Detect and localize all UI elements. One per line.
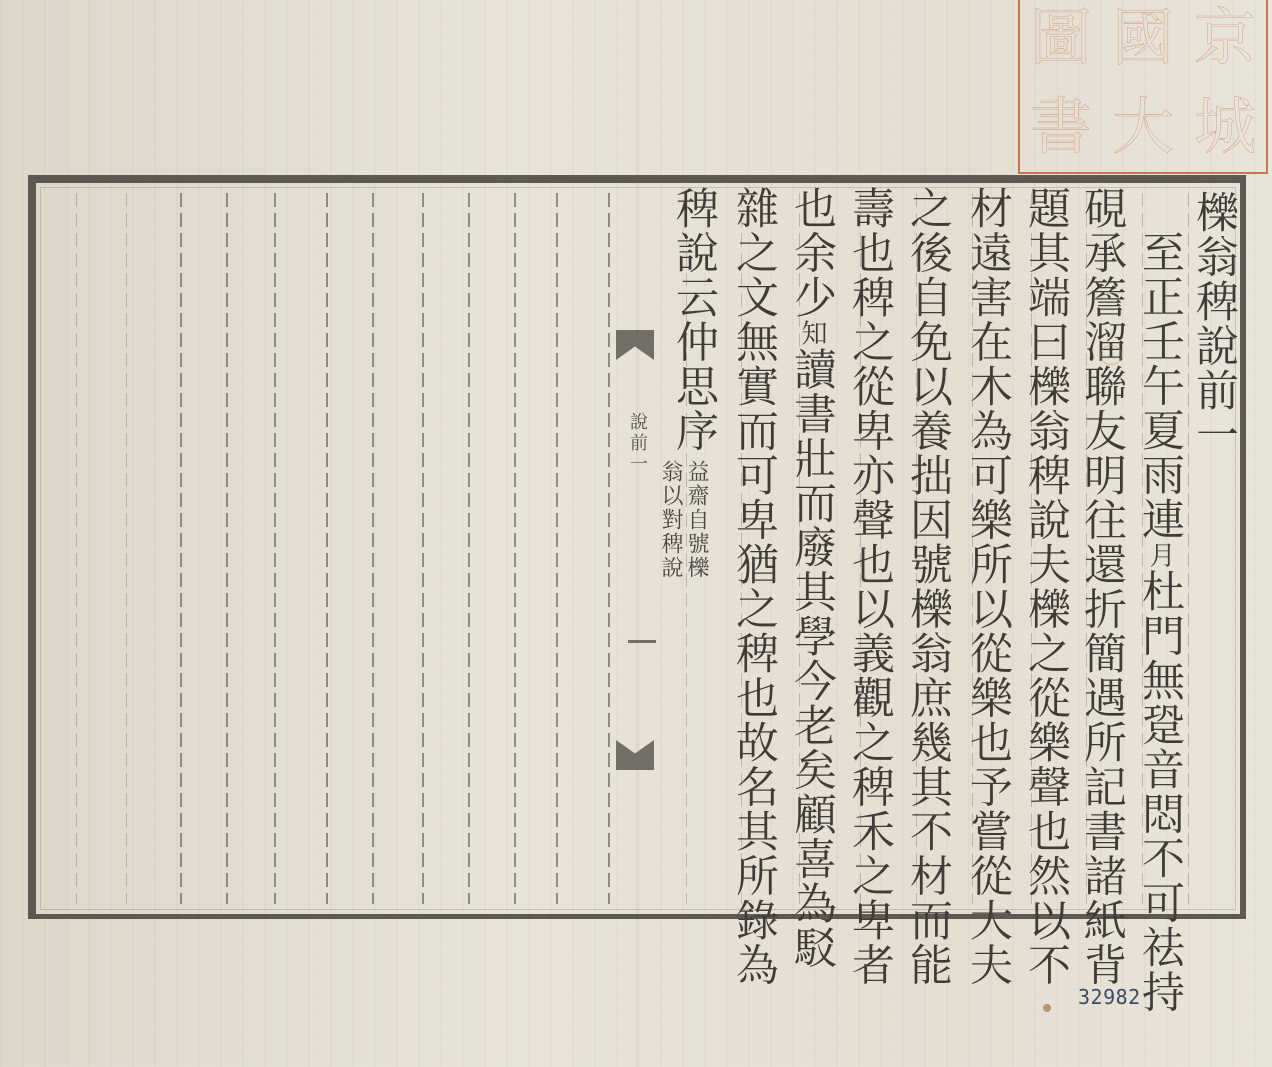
column-rule bbox=[326, 193, 328, 904]
seal-char: 京 bbox=[1184, 0, 1266, 83]
seal-char: 城 bbox=[1184, 83, 1266, 172]
catalog-number: 32982 bbox=[1078, 985, 1141, 1009]
center-fold-label: 說前一 bbox=[624, 412, 650, 475]
column-rule bbox=[226, 193, 228, 904]
text-column-4: 材遠害在木為可樂所以從樂也予嘗從大夫 bbox=[966, 186, 1009, 987]
column-text: 至正壬午夏雨連 bbox=[1135, 230, 1185, 542]
column-text: 讀書壯而廢其學今老矣顧喜為駁 bbox=[787, 347, 837, 970]
column-rule bbox=[76, 193, 77, 904]
text-column-5: 之後自免以養拙因號櫟翁庶幾其不材而能 bbox=[906, 186, 949, 987]
column-rule bbox=[126, 193, 127, 904]
text-column-8: 雜之文無實而可卑猶之稗也故名其所錄為 bbox=[732, 186, 775, 987]
title-column: 櫟翁稗說前一 bbox=[1192, 190, 1235, 457]
paper-stain bbox=[1100, 345, 1122, 365]
seal-char: 書 bbox=[1020, 83, 1102, 172]
column-rule bbox=[422, 193, 424, 904]
column-rule bbox=[372, 193, 374, 904]
text-column-3: 題其端曰櫟翁稗說夫櫟之從樂聲也然以不 bbox=[1024, 186, 1067, 987]
text-column-7: 也余少知讀書壯而廢其學今老矣顧喜為駁 bbox=[790, 186, 833, 970]
column-rule bbox=[180, 193, 182, 904]
page-number-mark bbox=[628, 640, 656, 643]
small-char: 知 bbox=[797, 320, 827, 348]
annotation-left: 翁以對稗說 bbox=[658, 460, 682, 580]
text-column-1: 至正壬午夏雨連月杜門無跫音悶不可祛持 bbox=[1138, 230, 1181, 1014]
text-column-2: 硯承簷溜聯友明往還折簡遇所記書諸紙背 bbox=[1080, 186, 1123, 987]
seal-char: 國 bbox=[1102, 0, 1184, 83]
paper-stain bbox=[1043, 1004, 1051, 1012]
column-text: 杜門無跫音悶不可祛持 bbox=[1135, 569, 1185, 1014]
text-column-6: 壽也稗之從卑亦聲也以義觀之稗禾之卑者 bbox=[848, 186, 891, 987]
seal-char: 大 bbox=[1102, 83, 1184, 172]
column-rule bbox=[608, 193, 610, 904]
column-rule bbox=[274, 193, 276, 904]
column-rule bbox=[514, 193, 516, 904]
seal-char: 圖 bbox=[1020, 0, 1102, 83]
column-text: 也余少 bbox=[787, 186, 837, 320]
text-column-9: 稗說云仲思序 bbox=[672, 186, 715, 453]
small-char: 月 bbox=[1145, 542, 1175, 570]
library-seal: 圖 國 京 書 大 城 bbox=[1018, 0, 1268, 174]
column-rule bbox=[556, 193, 558, 904]
annotation-right: 益齋自號櫟 bbox=[684, 460, 708, 580]
column-rule bbox=[468, 193, 470, 904]
